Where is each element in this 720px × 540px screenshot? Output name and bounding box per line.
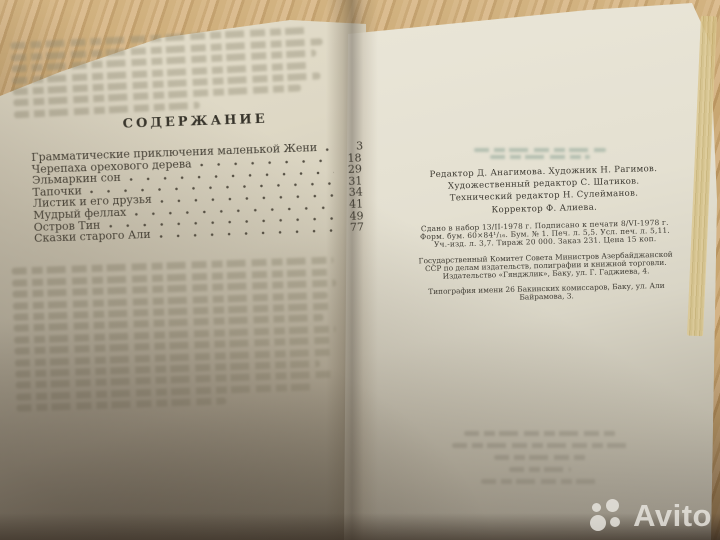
avito-watermark: Avito bbox=[590, 498, 712, 534]
print-data-block: Сдано в набор 13/II-1978 г. Подписано к … bbox=[396, 218, 695, 250]
publisher-block: Государственный Комитет Совета Министров… bbox=[397, 251, 696, 283]
colophon: Редактор Д. Анагимова. Художник Н. Рагим… bbox=[394, 162, 695, 305]
avito-logo-icon bbox=[590, 499, 626, 533]
leader-dots bbox=[325, 147, 335, 151]
toc-rows: Грамматические приключения маленькой Жен… bbox=[31, 140, 364, 244]
editorial-staff-block: Редактор Д. Анагимова. Художник Н. Рагим… bbox=[394, 162, 693, 219]
avito-brand-text: Avito bbox=[633, 498, 712, 534]
toc-page-number: 77 bbox=[342, 222, 364, 234]
bleed-through-text-top-right bbox=[470, 145, 610, 162]
bleed-through-text-bottom-left bbox=[11, 252, 346, 416]
bleed-through-text-top-left bbox=[10, 22, 336, 123]
table-of-contents: СОДЕРЖАНИЕ Грамматические приключения ма… bbox=[30, 108, 364, 244]
bleed-through-text-bottom-right bbox=[425, 424, 655, 491]
